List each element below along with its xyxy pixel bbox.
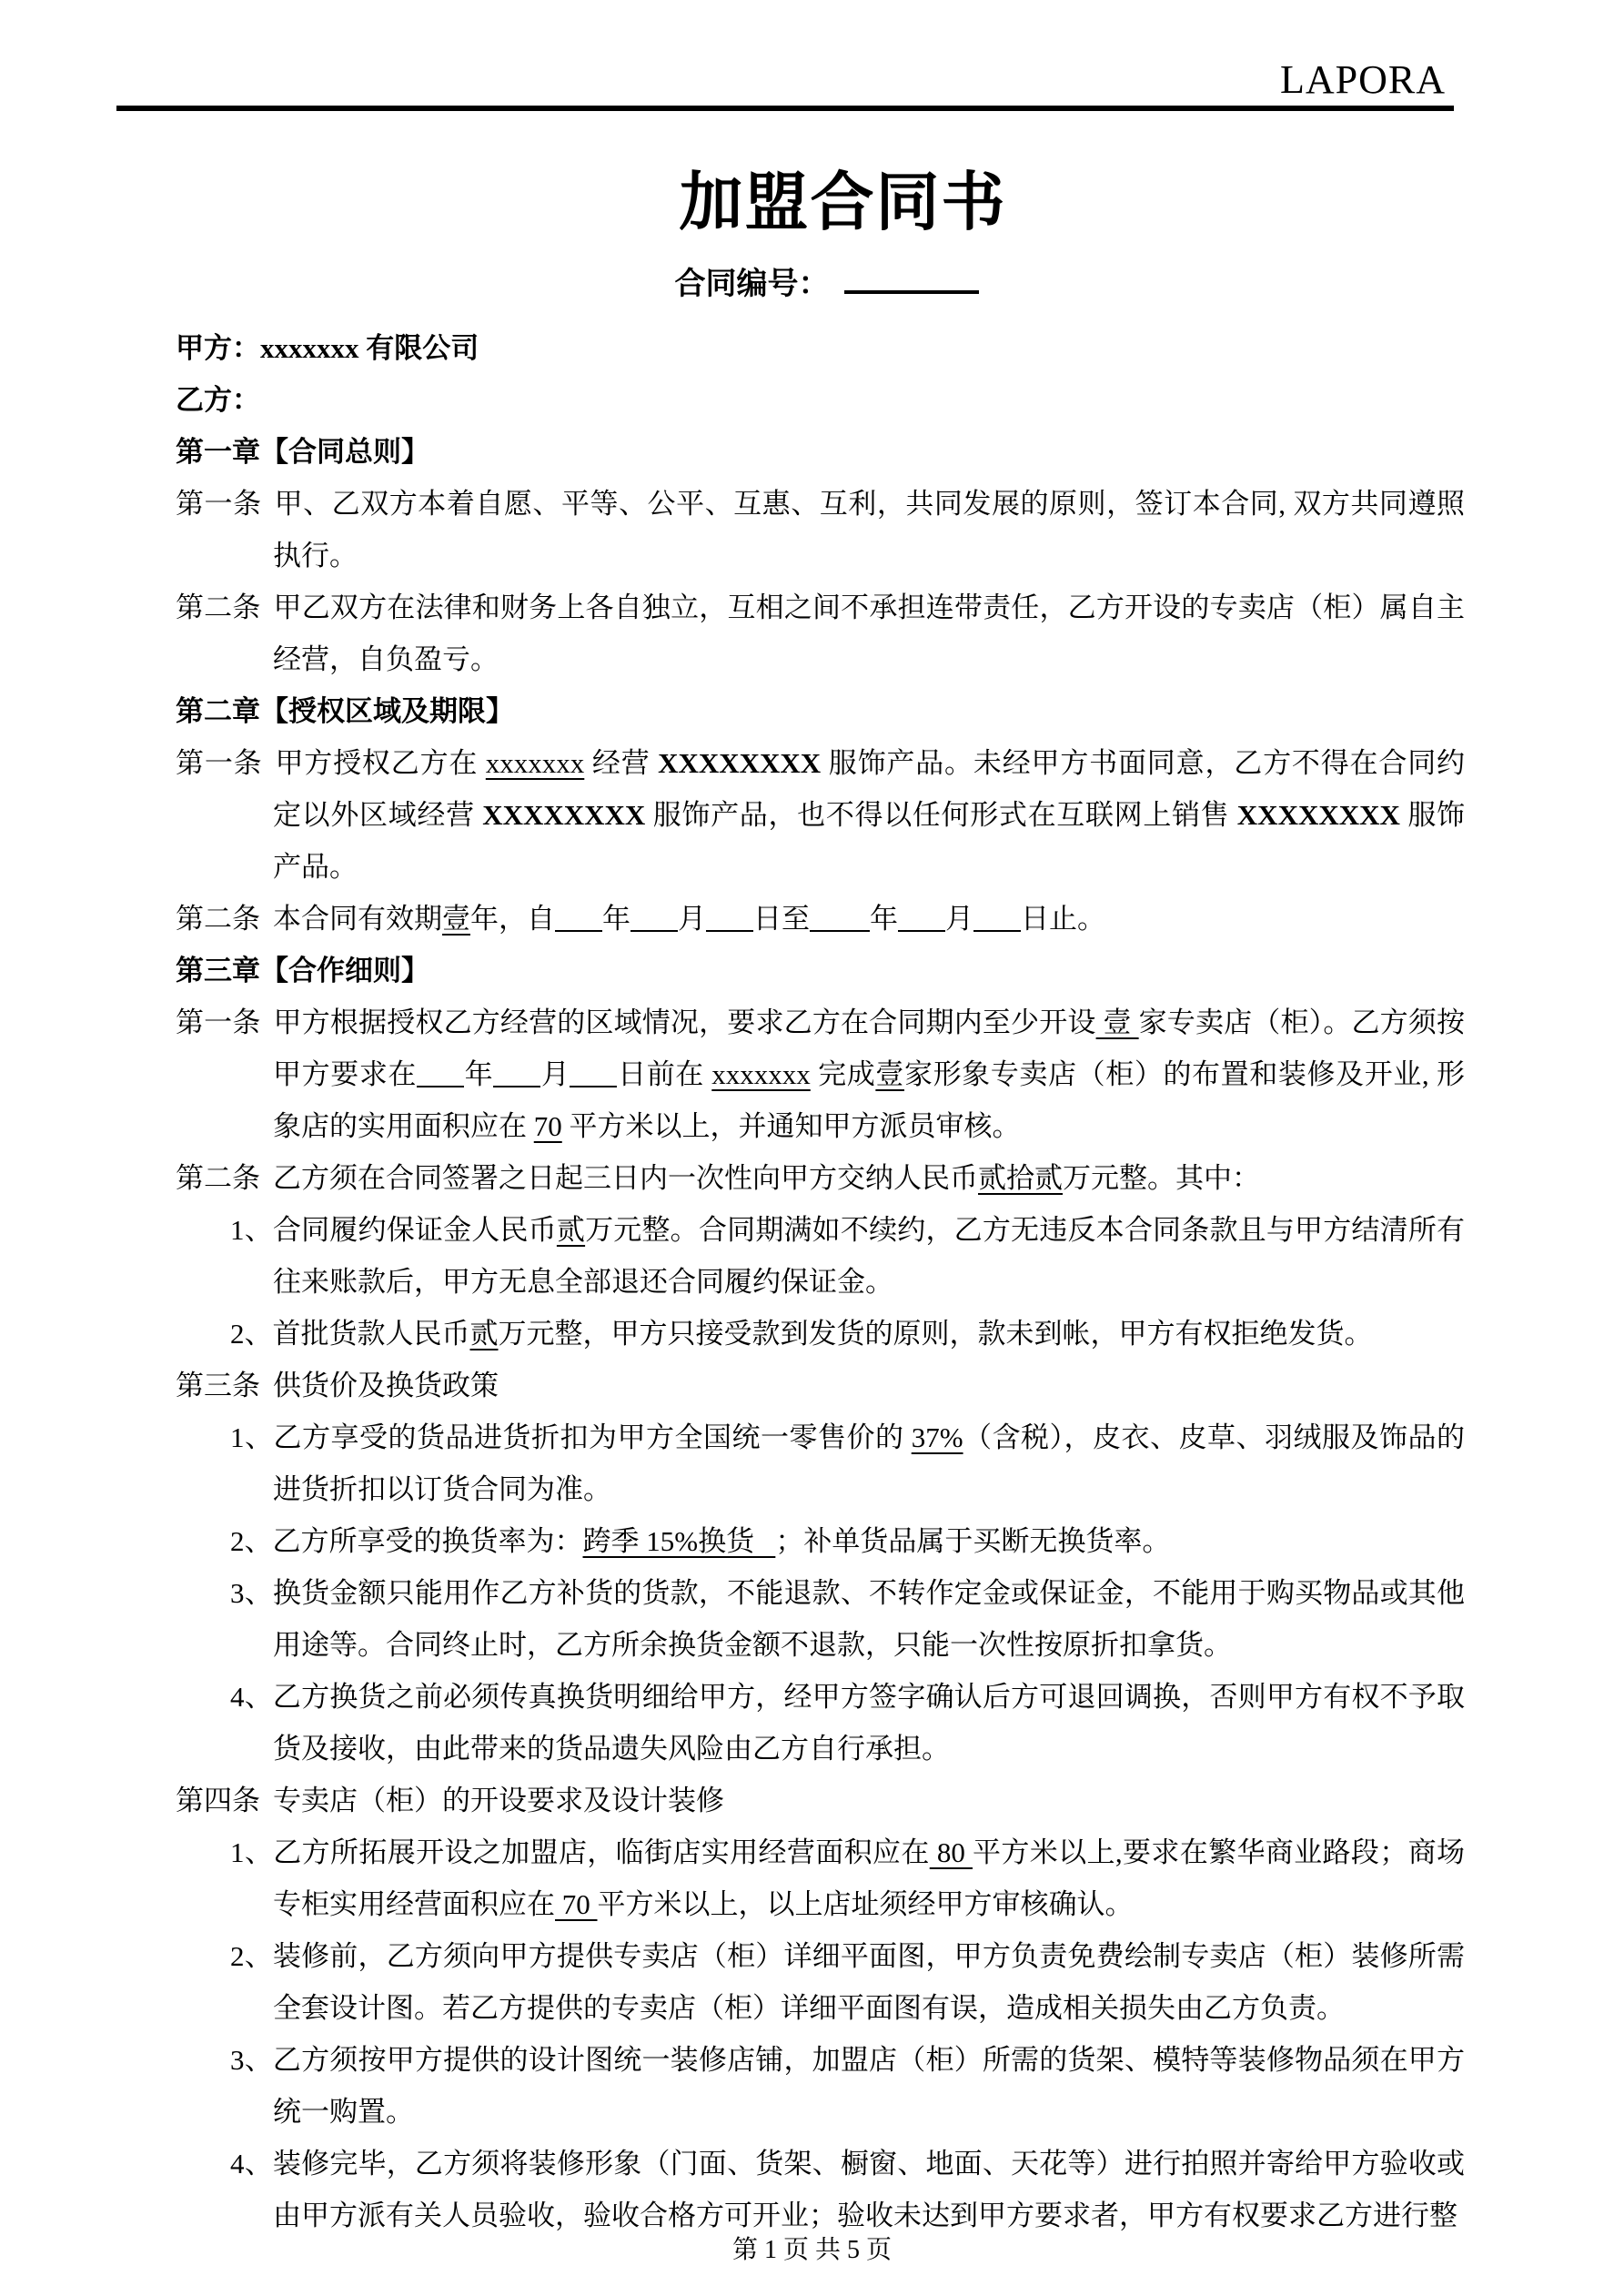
text-run: 乙方享受的货品进货折扣为甲方全国统一零售价的 xyxy=(274,1421,912,1453)
article-paragraph: 第二条乙方须在合同签署之日起三日内一次性向甲方交纳人民币贰拾贰万元整。其中： xyxy=(176,1152,1465,1204)
text-run: 年 xyxy=(870,903,898,935)
text-run: 日前在 xyxy=(617,1058,711,1090)
contract-number-line: 合同编号： xyxy=(15,258,1624,303)
paragraph-label: 第一条 xyxy=(176,488,262,520)
fill-in-blank xyxy=(810,905,870,932)
party-line: 甲方：xxxxxxx 有限公司 xyxy=(176,322,1465,374)
text-run: 换货金额只能用作乙方补货的货款，不能退款、不转作定金或保证金，不能用于购买物品或… xyxy=(273,1577,1465,1661)
fill-in-blank xyxy=(555,905,602,932)
paragraph-label: 2、 xyxy=(230,1525,273,1557)
party-line: 乙方： xyxy=(176,374,1465,426)
page-footer: 第 1 页 共 5 页 xyxy=(0,2230,1624,2266)
fill-in-blank xyxy=(706,905,753,932)
text-run: 甲乙双方在法律和财务上各自独立，互相之间不承担连带责任，乙方开设的专卖店（柜）属… xyxy=(273,592,1465,675)
paragraph-label: 2、 xyxy=(230,1940,273,1972)
paragraph-label: 第一条 xyxy=(176,747,262,779)
text-run: 装修前，乙方须向甲方提供专卖店（柜）详细平面图，甲方负责免费绘制专卖店（柜）装修… xyxy=(273,1940,1465,2024)
text-run: 贰拾贰 xyxy=(978,1162,1063,1194)
text-run: 壹 xyxy=(875,1058,904,1090)
subitem-paragraph: 2、装修前，乙方须向甲方提供专卖店（柜）详细平面图，甲方负责免费绘制专卖店（柜）… xyxy=(176,1930,1465,2034)
text-run: 供货价及换货政策 xyxy=(273,1370,499,1401)
text-run: 甲方授权乙方在 xyxy=(275,747,485,779)
text-run: 专卖店（柜）的开设要求及设计装修 xyxy=(273,1785,724,1816)
article-paragraph: 第一条甲方根据授权乙方经营的区域情况，要求乙方在合同期内至少开设 壹 家专卖店（… xyxy=(176,996,1465,1152)
fill-in-blank xyxy=(898,905,945,932)
text-run: 70 xyxy=(534,1110,562,1142)
contract-number-blank xyxy=(844,261,979,294)
text-run: 本合同有效期 xyxy=(273,903,442,935)
text-run: 乙方须按甲方提供的设计图统一装修店铺，加盟店（柜）所需的货架、模特等装修物品须在… xyxy=(273,2044,1465,2128)
page-title: 加盟合同书 xyxy=(31,151,1624,243)
subitem-paragraph: 1、乙方享受的货品进货折扣为甲方全国统一零售价的 37%（含税），皮衣、皮草、羽… xyxy=(176,1411,1465,1515)
paragraph-label: 4、 xyxy=(230,2148,273,2180)
subitem-paragraph: 1、乙方所拓展开设之加盟店，临街店实用经营面积应在 80 平方米以上,要求在繁华… xyxy=(176,1826,1465,1930)
contract-number-label: 合同编号： xyxy=(675,268,830,301)
paragraph-label: 第三条 xyxy=(176,1370,260,1401)
text-run: 年，自 xyxy=(470,903,555,935)
paragraph-label: 第一条 xyxy=(176,1006,261,1038)
text-run: 合同履约保证金人民币 xyxy=(273,1214,557,1246)
text-run: 贰 xyxy=(470,1318,499,1350)
text-run: 贰 xyxy=(557,1214,585,1246)
text-run: 年 xyxy=(602,903,630,935)
text-run: 第二章【授权区域及期限】 xyxy=(176,695,514,727)
article-paragraph: 第一条甲方授权乙方在 xxxxxxx 经营 XXXXXXXX 服饰产品。未经甲方… xyxy=(176,737,1465,893)
text-run: 甲方根据授权乙方经营的区域情况，要求乙方在合同期内至少开设 xyxy=(274,1006,1096,1038)
fill-in-blank xyxy=(417,1060,464,1087)
contract-page: LAPORA 加盟合同书 合同编号： 甲方：xxxxxxx 有限公司乙方：第一章… xyxy=(0,0,1624,2296)
text-run: xxxxxxx xyxy=(711,1058,811,1090)
text-run: 年 xyxy=(464,1058,493,1090)
text-run: XXXXXXXX xyxy=(658,747,821,779)
text-run: 乙方须在合同签署之日起三日内一次性向甲方交纳人民币 xyxy=(273,1162,978,1194)
brand-logo-text: LAPORA xyxy=(1280,56,1446,103)
document-body: 甲方：xxxxxxx 有限公司乙方：第一章【合同总则】第一条甲、乙双方本着自愿、… xyxy=(176,322,1465,2241)
text-run: 月 xyxy=(540,1058,570,1090)
text-run: 乙方换货之前必须传真换货明细给甲方，经甲方签字确认后方可退回调换，否则甲方有权不… xyxy=(273,1681,1465,1765)
text-run: 甲方：xxxxxxx 有限公司 xyxy=(176,332,479,364)
text-run: 乙方： xyxy=(176,384,260,416)
text-run: 万元整，甲方只接受款到发货的原则，款未到帐，甲方有权拒绝发货。 xyxy=(499,1318,1373,1350)
article-paragraph: 第一条甲、乙双方本着自愿、平等、公平、互惠、互利，共同发展的原则，签订本合同, … xyxy=(176,478,1465,582)
chapter-heading: 第一章【合同总则】 xyxy=(176,426,1465,478)
header-divider xyxy=(116,106,1454,111)
subitem-paragraph: 3、换货金额只能用作乙方补货的货款，不能退款、不转作定金或保证金，不能用于购买物… xyxy=(176,1567,1465,1671)
fill-in-blank xyxy=(973,905,1021,932)
text-run: 日止。 xyxy=(1021,903,1105,935)
text-run: 乙方所拓展开设之加盟店，临街店实用经营面积应在 xyxy=(273,1836,930,1868)
paragraph-label: 1、 xyxy=(230,1836,273,1868)
chapter-heading: 第三章【合作细则】 xyxy=(176,945,1465,996)
text-run: 月 xyxy=(945,903,973,935)
text-run: 服饰产品，也不得以任何形式在互联网上销售 xyxy=(645,799,1236,831)
text-run: XXXXXXXX xyxy=(482,799,645,831)
text-run: XXXXXXXX xyxy=(1237,799,1400,831)
article-paragraph: 第二条甲乙双方在法律和财务上各自独立，互相之间不承担连带责任，乙方开设的专卖店（… xyxy=(176,582,1465,685)
text-run: ；补单货品属于买断无换货率。 xyxy=(775,1525,1170,1557)
paragraph-label: 4、 xyxy=(230,1681,273,1713)
text-run: 第三章【合作细则】 xyxy=(176,955,429,986)
text-run: 完成 xyxy=(811,1058,876,1090)
paragraph-label: 第二条 xyxy=(176,903,260,935)
text-run: xxxxxxx xyxy=(486,747,585,779)
subitem-paragraph: 4、装修完毕，乙方须将装修形象（门面、货架、橱窗、地面、天花等）进行拍照并寄给甲… xyxy=(176,2138,1465,2241)
text-run: 月 xyxy=(678,903,706,935)
text-run: 平方米以上，以上店址须经甲方审核确认。 xyxy=(598,1888,1134,1920)
text-run: 装修完毕，乙方须将装修形象（门面、货架、橱窗、地面、天花等）进行拍照并寄给甲方验… xyxy=(273,2148,1465,2231)
text-run: 万元整。其中： xyxy=(1063,1162,1260,1194)
subitem-paragraph: 2、乙方所享受的换货率为：跨季 15%换货 ；补单货品属于买断无换货率。 xyxy=(176,1515,1465,1567)
fill-in-blank xyxy=(630,905,678,932)
text-run: 壹 xyxy=(1096,1006,1139,1038)
fill-in-blank xyxy=(493,1060,540,1087)
fill-in-blank xyxy=(570,1060,617,1087)
paragraph-label: 1、 xyxy=(230,1214,273,1246)
text-run: 乙方所享受的换货率为： xyxy=(273,1525,583,1557)
article-paragraph: 第四条专卖店（柜）的开设要求及设计装修 xyxy=(176,1775,1465,1826)
article-paragraph: 第三条供货价及换货政策 xyxy=(176,1360,1465,1411)
subitem-paragraph: 1、合同履约保证金人民币贰万元整。合同期满如不续约，乙方无违反本合同条款且与甲方… xyxy=(176,1204,1465,1308)
subitem-paragraph: 4、乙方换货之前必须传真换货明细给甲方，经甲方签字确认后方可退回调换，否则甲方有… xyxy=(176,1671,1465,1775)
subitem-paragraph: 2、首批货款人民币贰万元整，甲方只接受款到发货的原则，款未到帐，甲方有权拒绝发货… xyxy=(176,1308,1465,1360)
subitem-paragraph: 3、乙方须按甲方提供的设计图统一装修店铺，加盟店（柜）所需的货架、模特等装修物品… xyxy=(176,2034,1465,2138)
paragraph-label: 3、 xyxy=(230,2044,273,2076)
text-run: 跨季 15%换货 xyxy=(583,1525,776,1557)
paragraph-label: 第四条 xyxy=(176,1785,260,1816)
paragraph-label: 1、 xyxy=(230,1421,274,1453)
text-run: 平方米以上，并通知甲方派员审核。 xyxy=(562,1110,1021,1142)
chapter-heading: 第二章【授权区域及期限】 xyxy=(176,685,1465,737)
text-run: 甲、乙双方本着自愿、平等、公平、互惠、互利，共同发展的原则，签订本合同, 双方共… xyxy=(273,488,1465,571)
text-run: 经营 xyxy=(584,747,658,779)
text-run: 70 xyxy=(555,1888,598,1920)
paragraph-label: 3、 xyxy=(230,1577,273,1609)
text-run: 80 xyxy=(930,1836,973,1868)
paragraph-label: 2、 xyxy=(230,1318,273,1350)
text-run: 日至 xyxy=(753,903,810,935)
paragraph-label: 第二条 xyxy=(176,1162,260,1194)
text-run: 37% xyxy=(912,1421,963,1453)
article-paragraph: 第二条本合同有效期壹年，自年月日至年月日止。 xyxy=(176,893,1465,945)
text-run: 壹 xyxy=(442,903,470,935)
paragraph-label: 第二条 xyxy=(176,592,261,623)
text-run: 首批货款人民币 xyxy=(273,1318,470,1350)
text-run: 第一章【合同总则】 xyxy=(176,436,429,468)
